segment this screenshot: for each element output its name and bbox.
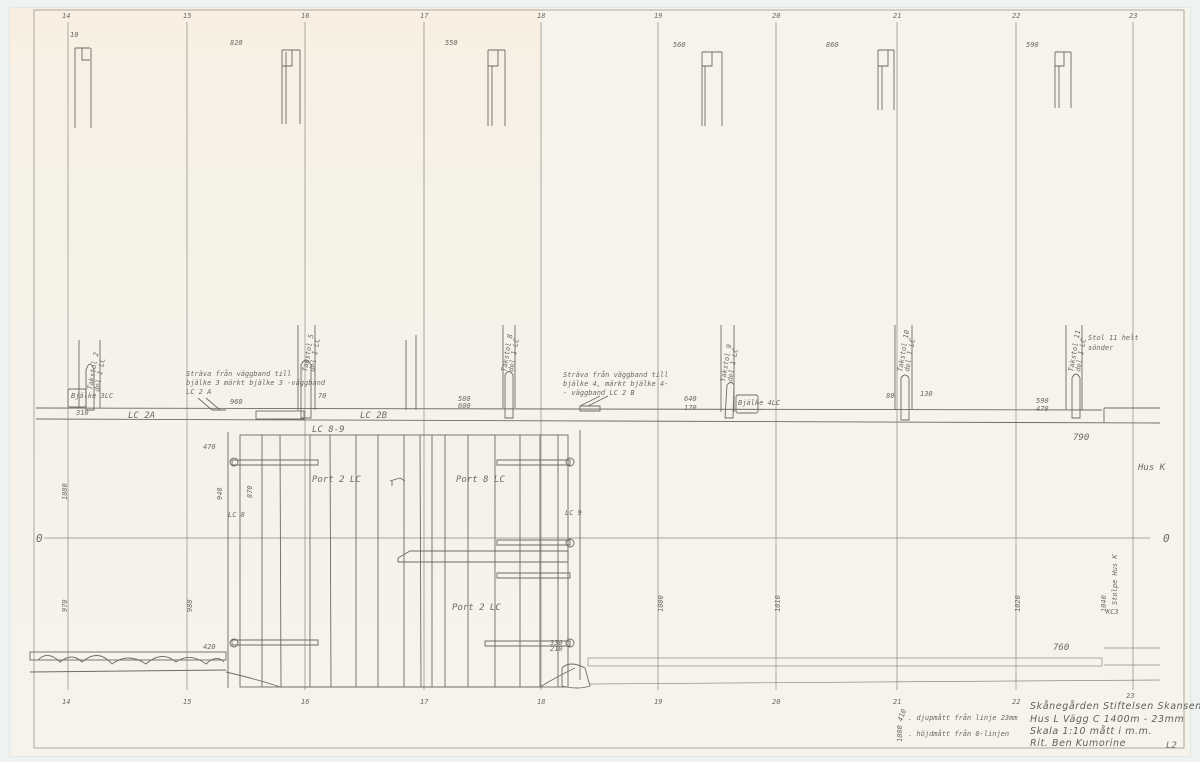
zero-label-right: 0 xyxy=(1163,532,1170,545)
svg-text:980: 980 xyxy=(186,599,194,612)
legend: 410 . djupmått från linje 23mm 1080 . hö… xyxy=(896,708,1018,742)
top-dimensions: 10 820 550 560 860 590 xyxy=(70,31,1039,49)
svg-text:70: 70 xyxy=(318,392,326,400)
axis-label-22: 22 xyxy=(1012,12,1020,20)
axis-label-21: 21 xyxy=(893,12,901,20)
svg-text:590: 590 xyxy=(1036,397,1049,405)
svg-text:420: 420 xyxy=(203,643,216,651)
svg-text:1080: 1080 xyxy=(61,483,69,500)
svg-text:820: 820 xyxy=(230,39,243,47)
axis-label-17: 17 xyxy=(420,12,429,20)
door-label-lc9: LC 9 xyxy=(565,509,582,517)
svg-text:15: 15 xyxy=(183,698,191,706)
door-label-port-right: Port 8 LC xyxy=(456,475,505,485)
svg-text:Sträva från väggband till: Sträva från väggband till xyxy=(186,369,291,378)
svg-text:10: 10 xyxy=(70,31,78,39)
svg-text:Stolpe Hus K: Stolpe Hus K xyxy=(1111,554,1119,605)
elevation-drawing: 14 15 16 17 18 19 20 21 22 23 10 820 550… xyxy=(0,0,1200,762)
svg-text:860: 860 xyxy=(826,41,839,49)
beam-label-lc2b: LC 2B xyxy=(360,411,388,421)
svg-text:1000: 1000 xyxy=(657,595,665,612)
svg-text:80: 80 xyxy=(886,392,894,400)
svg-text:170: 170 xyxy=(684,404,697,412)
door-label-port-lower: Port 2 LC xyxy=(452,603,501,613)
svg-text:870: 870 xyxy=(246,485,254,498)
svg-text:310: 310 xyxy=(75,409,89,417)
svg-text:Sträva från väggband till: Sträva från väggband till xyxy=(563,370,668,379)
svg-text:23: 23 xyxy=(1126,692,1134,700)
legend-depth-text: . djupmått från linje 23mm xyxy=(908,713,1018,722)
svg-text:sönder: sönder xyxy=(1088,344,1114,352)
svg-text:550: 550 xyxy=(445,39,458,47)
svg-text:17: 17 xyxy=(420,698,429,706)
axis-label-16: 16 xyxy=(301,12,309,20)
door-label-port-left: Port 2 LC xyxy=(312,475,361,485)
sill-row xyxy=(588,648,1160,684)
legend-depth-symbol: 410 xyxy=(896,708,908,723)
svg-text:Bjälke 3LC: Bjälke 3LC xyxy=(71,392,114,400)
axis-label-14: 14 xyxy=(62,12,70,20)
door-labels: Port 2 LC Port 8 LC Port 2 LC LC 8 LC 9 xyxy=(228,475,582,613)
zero-label-left: 0 xyxy=(36,532,43,545)
beam-label-lc2a: LC 2A xyxy=(128,411,155,421)
svg-text:1020: 1020 xyxy=(1014,595,1022,612)
legend-height-text: . höjdmått från 0-linjen xyxy=(908,729,1009,738)
svg-text:760: 760 xyxy=(1053,643,1069,653)
axis-label-18: 18 xyxy=(537,12,545,20)
sheet-number: L2 xyxy=(1166,741,1177,751)
axis-label-15: 15 xyxy=(183,12,191,20)
svg-text:560: 560 xyxy=(673,41,686,49)
dimension-values: 310 960 70 580 600 640 170 80 130 590 47… xyxy=(61,390,1108,653)
svg-text:18: 18 xyxy=(537,698,545,706)
svg-text:16: 16 xyxy=(301,698,309,706)
title-line-3: Skala 1:10 mått i m.m. xyxy=(1030,726,1152,737)
svg-text:790: 790 xyxy=(1073,433,1089,443)
svg-text:Hus K: Hus K xyxy=(1137,463,1166,473)
svg-text:19: 19 xyxy=(654,698,662,706)
svg-text:130: 130 xyxy=(920,390,933,398)
svg-text:21: 21 xyxy=(893,698,901,706)
svg-text:LC 2 A: LC 2 A xyxy=(186,388,211,396)
title-line-1: Skånegården Stiftelsen Skansen xyxy=(1030,701,1200,712)
svg-text:Bjälke 4LC: Bjälke 4LC xyxy=(738,399,781,407)
svg-text:970: 970 xyxy=(61,599,69,612)
beam-label-lc89: LC 8-9 xyxy=(312,425,345,435)
svg-text:- väggband LC 2 B: - väggband LC 2 B xyxy=(563,389,635,397)
door-assembly xyxy=(226,430,590,688)
svg-text:600: 600 xyxy=(458,402,471,410)
svg-text:470: 470 xyxy=(1036,405,1049,413)
top-axis-labels: 14 15 16 17 18 19 20 21 22 23 xyxy=(62,12,1137,20)
axis-label-19: 19 xyxy=(654,12,662,20)
door-label-lc8: LC 8 xyxy=(228,511,245,519)
svg-text:bjälke 3 märkt bjälke 3 -väggb: bjälke 3 märkt bjälke 3 -väggband xyxy=(186,379,326,387)
svg-text:590: 590 xyxy=(1026,41,1039,49)
svg-text:940: 940 xyxy=(216,487,224,500)
title-line-4: Rit. Ben Kumorine xyxy=(1030,738,1126,749)
beam-labels: LC 2A LC 2B LC 8-9 xyxy=(128,411,388,435)
svg-text:22: 22 xyxy=(1012,698,1020,706)
top-post-profiles xyxy=(75,48,1071,128)
axis-label-23: 23 xyxy=(1129,12,1137,20)
title-line-2: Hus L Vägg C 1400m - 23mm xyxy=(1030,714,1184,725)
svg-text:bjälke 4, märkt bjälke 4-: bjälke 4, märkt bjälke 4- xyxy=(563,380,668,388)
svg-text:470: 470 xyxy=(203,443,216,451)
legend-height-symbol: 1080 xyxy=(896,725,904,742)
axis-label-20: 20 xyxy=(772,12,780,20)
svg-text:Stol 11 helt: Stol 11 helt xyxy=(1088,334,1139,342)
svg-text:20: 20 xyxy=(772,698,780,706)
svg-text:960: 960 xyxy=(230,398,243,406)
svg-text:1040: 1040 xyxy=(1100,595,1108,612)
title-block: Skånegården Stiftelsen Skansen Hus L Väg… xyxy=(1030,701,1200,751)
bottom-axis-labels: 14 15 16 17 18 19 20 21 22 23 xyxy=(62,692,1134,706)
svg-text:640: 640 xyxy=(684,395,697,403)
annotations: Sträva från väggband till bjälke 3 märkt… xyxy=(71,334,1166,616)
stone-foundation xyxy=(30,652,226,672)
svg-text:14: 14 xyxy=(62,698,70,706)
svg-text:1010: 1010 xyxy=(774,595,782,612)
